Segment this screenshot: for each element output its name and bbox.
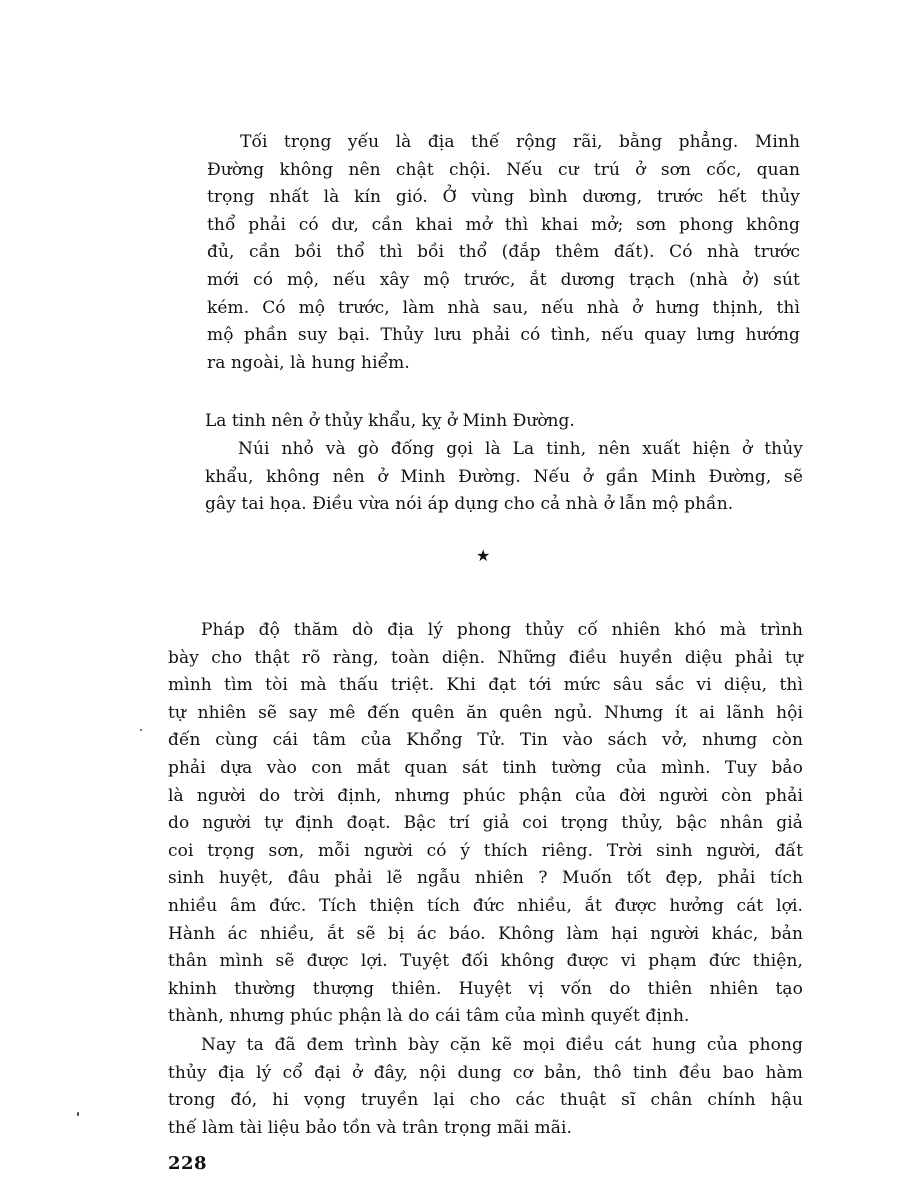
text-line: kém. Có mộ trước, làm nhà sau, nếu nhà ở…	[207, 295, 800, 323]
text-line: khẩu, không nên ở Minh Đường. Nếu ở gần …	[205, 464, 803, 492]
text-line: đủ, cần bồi thổ thì bồi thổ (đắp thêm đấ…	[207, 239, 800, 267]
text-line: mộ phần suy bại. Thủy lưu phải có tình, …	[207, 322, 800, 350]
text-line: thổ phải có dư, cần khai mở thì khai mở;…	[207, 212, 800, 240]
text-line: coi trọng sơn, mỗi người có ý thích riên…	[168, 838, 803, 866]
text-line: thân mình sẽ được lợi. Tuyệt đối không đ…	[168, 948, 803, 976]
text-line: sinh huyệt, đâu phải lẽ ngẫu nhiên ? Muố…	[168, 865, 803, 893]
text-line: mới có mộ, nếu xây mộ trước, ắt dương tr…	[207, 267, 800, 295]
text-line: bày cho thật rõ ràng, toàn diện. Những đ…	[168, 645, 803, 673]
paragraph-conclusion: Pháp độ thăm dò địa lý phong thủy cố nhi…	[168, 617, 803, 1031]
book-page: Tối trọng yếu là địa thế rộng rãi, bằng …	[0, 0, 921, 1200]
paragraph-final: Nay ta đã đem trình bày cặn kẽ mọi điều …	[168, 1032, 803, 1142]
text-line: Pháp độ thăm dò địa lý phong thủy cố nhi…	[168, 617, 803, 645]
text-line: trong đó, hi vọng truyền lại cho các thu…	[168, 1087, 803, 1115]
text-line: đến cùng cái tâm của Khổng Tử. Tin vào s…	[168, 727, 803, 755]
text-line: phải dựa vào con mắt quan sát tinh tường…	[168, 755, 803, 783]
paragraph-site-selection: Tối trọng yếu là địa thế rộng rãi, bằng …	[207, 129, 800, 377]
text-line: Núi nhỏ và gò đống gọi là La tinh, nên x…	[205, 436, 803, 464]
text-line: nhiều âm đức. Tích thiện tích đức nhiều,…	[168, 893, 803, 921]
scan-speck	[140, 729, 142, 731]
text-line: Tối trọng yếu là địa thế rộng rãi, bằng …	[207, 129, 800, 157]
text-line: Hành ác nhiều, ắt sẽ bị ác báo. Không là…	[168, 921, 803, 949]
text-line: thành, nhưng phúc phận là do cái tâm của…	[168, 1003, 803, 1031]
text-line: khinh thường thượng thiên. Huyệt vị vốn …	[168, 976, 803, 1004]
text-line: mình tìm tòi mà thấu triệt. Khi đạt tới …	[168, 672, 803, 700]
text-line: tự nhiên sẽ say mê đến quên ăn quên ngủ.…	[168, 700, 803, 728]
text-line: do người tự định đoạt. Bậc trí giả coi t…	[168, 810, 803, 838]
text-line: trọng nhất là kín gió. Ở vùng bình dương…	[207, 184, 800, 212]
paragraph-la-tinh: Núi nhỏ và gò đống gọi là La tinh, nên x…	[205, 436, 803, 519]
text-line: ra ngoài, là hung hiểm.	[207, 350, 800, 378]
scan-speck	[77, 1112, 79, 1116]
text-line: Nay ta đã đem trình bày cặn kẽ mọi điều …	[168, 1032, 803, 1060]
text-line: gây tai họa. Điều vừa nói áp dụng cho cả…	[205, 491, 803, 519]
text-line: là người do trời định, nhưng phúc phận c…	[168, 783, 803, 811]
page-number: 228	[168, 1154, 207, 1174]
text-line: Đường không nên chật chội. Nếu cư trú ở …	[207, 157, 800, 185]
text-line: thủy địa lý cổ đại ở đây, nội dung cơ bả…	[168, 1060, 803, 1088]
text-line: thế làm tài liệu bảo tồn và trân trọng m…	[168, 1115, 803, 1143]
star-divider-icon: ★	[476, 548, 490, 564]
rule-heading: La tinh nên ở thủy khẩu, kỵ ở Minh Đường…	[205, 408, 805, 436]
